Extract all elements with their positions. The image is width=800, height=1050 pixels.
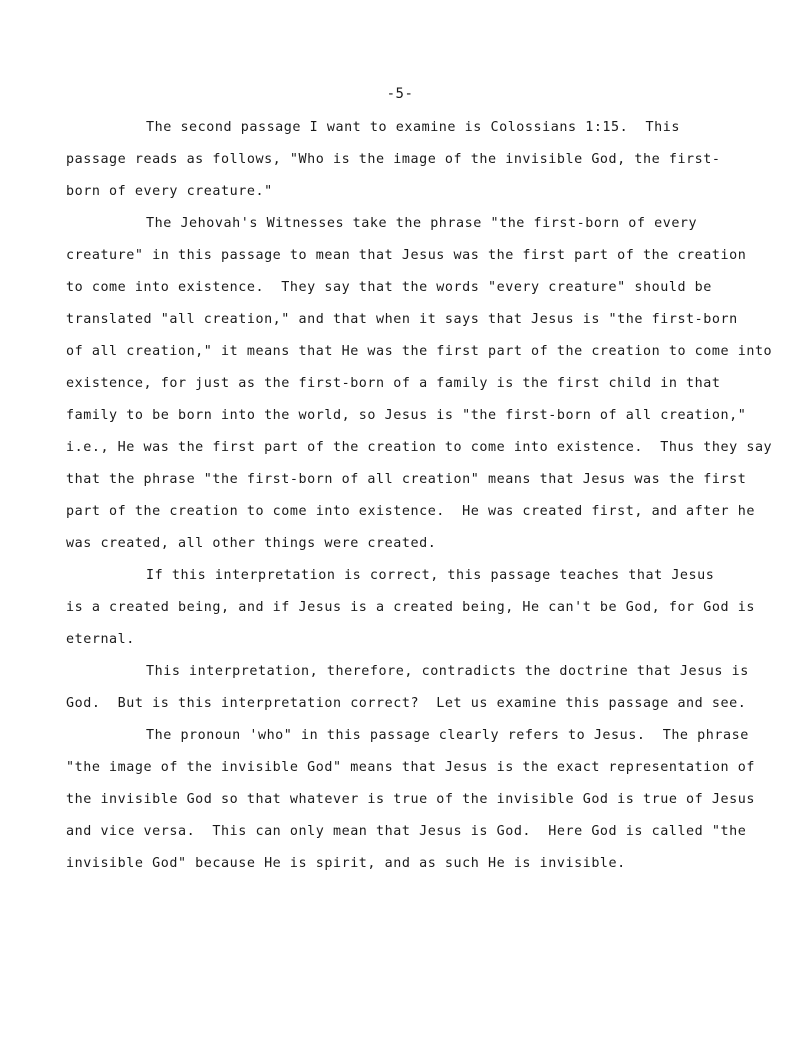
- document-page: -5- The second passage I want to examine…: [0, 0, 800, 1050]
- text-line: "the image of the invisible God" means t…: [66, 758, 755, 778]
- text-line: If this interpretation is correct, this …: [146, 566, 714, 586]
- text-line: existence, for just as the first-born of…: [66, 374, 721, 394]
- text-line: God. But is this interpretation correct?…: [66, 694, 746, 714]
- text-line: the invisible God so that whatever is tr…: [66, 790, 755, 810]
- text-line: and vice versa. This can only mean that …: [66, 822, 746, 842]
- text-line: translated "all creation," and that when…: [66, 310, 738, 330]
- text-line: born of every creature.": [66, 182, 273, 202]
- text-line: The pronoun 'who" in this passage clearl…: [146, 726, 749, 746]
- text-line: This interpretation, therefore, contradi…: [146, 662, 749, 682]
- text-line: eternal.: [66, 630, 135, 650]
- text-line: to come into existence. They say that th…: [66, 278, 712, 298]
- text-line: creature" in this passage to mean that J…: [66, 246, 746, 266]
- text-line: i.e., He was the first part of the creat…: [66, 438, 772, 458]
- text-line: passage reads as follows, "Who is the im…: [66, 150, 721, 170]
- text-line: is a created being, and if Jesus is a cr…: [66, 598, 755, 618]
- text-line: of all creation," it means that He was t…: [66, 342, 772, 362]
- page-number: -5-: [0, 86, 800, 102]
- text-line: part of the creation to come into existe…: [66, 502, 755, 522]
- text-line: The Jehovah's Witnesses take the phrase …: [146, 214, 697, 234]
- text-line: was created, all other things were creat…: [66, 534, 436, 554]
- text-line: invisible God" because He is spirit, and…: [66, 854, 626, 874]
- text-line: that the phrase "the first-born of all c…: [66, 470, 746, 490]
- text-line: family to be born into the world, so Jes…: [66, 406, 746, 426]
- text-line: The second passage I want to examine is …: [146, 118, 680, 138]
